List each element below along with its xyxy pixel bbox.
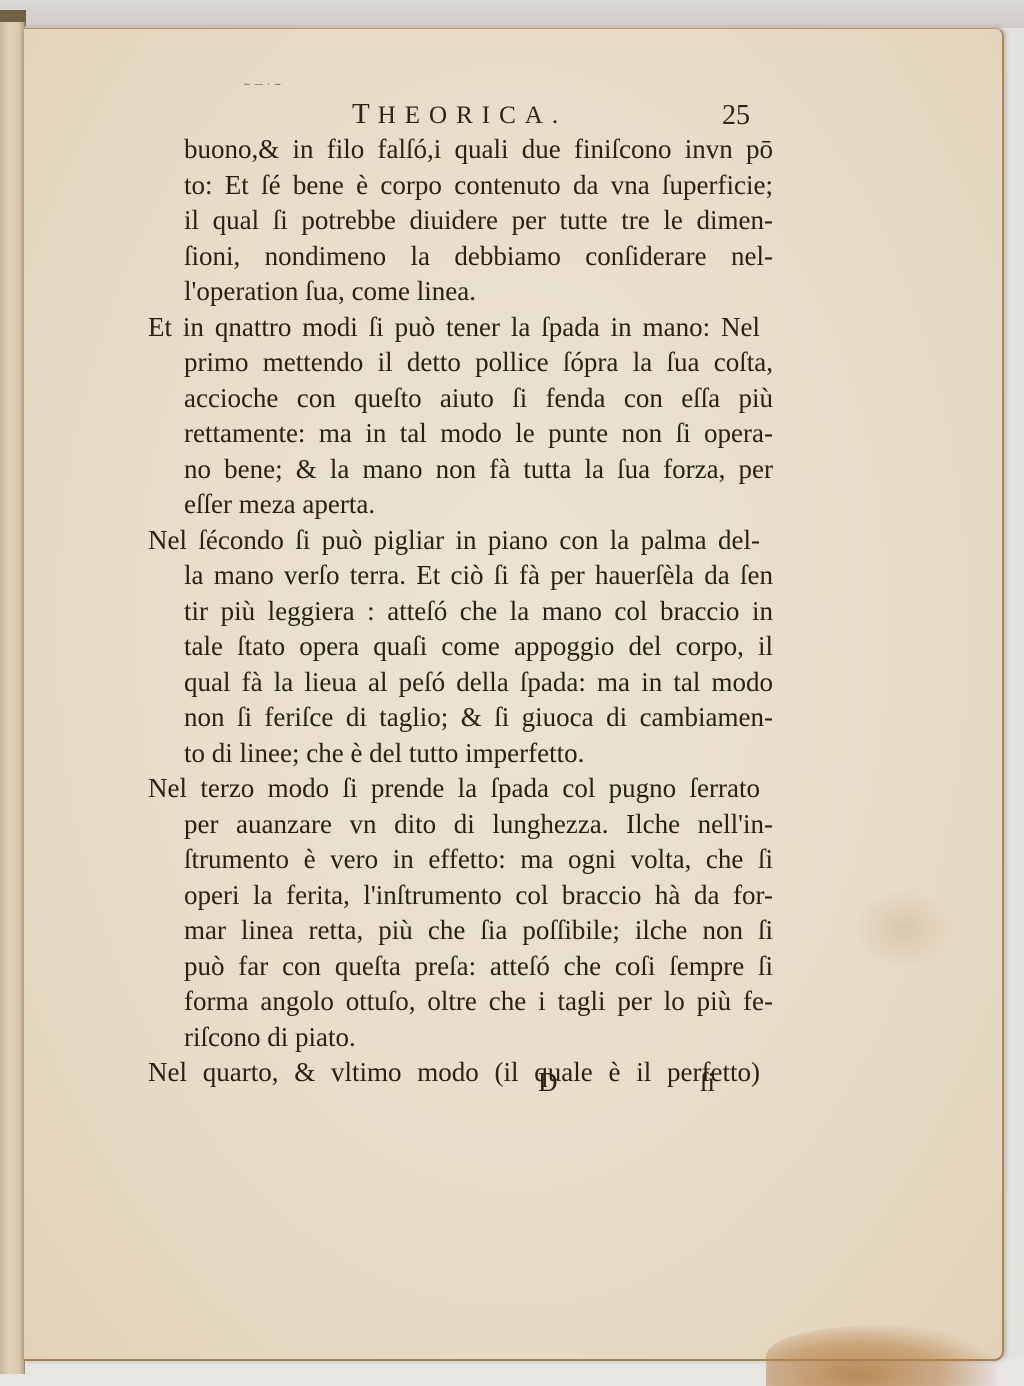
text-line: Nel terzo modo ſi prende la ſpada col pu… — [148, 771, 760, 807]
page-number: 25 — [722, 100, 750, 132]
foxing-spot — [854, 889, 954, 969]
text-line: può far con queſta preſa: atteſó che coſ… — [148, 949, 773, 985]
running-head-initial: T — [352, 98, 378, 130]
text-line: la mano verſo terra. Et ciò ſi fà per ha… — [148, 558, 773, 594]
paragraph: Nel ſécondo ſi può pigliar in piano con … — [148, 523, 773, 772]
text-line: no bene; & la mano non fà tutta la ſua f… — [148, 452, 773, 488]
text-line: l'operation ſua, come linea. — [148, 274, 773, 310]
paragraph: Et in qnattro modi ſi può tener la ſpada… — [148, 310, 773, 523]
text-line: mar linea retta, più che ſia poſſibile; … — [148, 913, 773, 949]
text-line: ſtrumento è vero in effetto: ma ogni vol… — [148, 842, 773, 878]
text-line: non ſi feriſce di taglio; & ſi giuoca di… — [148, 700, 773, 736]
paragraph: Nel quarto, & vltimo modo (il quale è il… — [148, 1055, 773, 1091]
text-line: il qual ſi potrebbe diuidere per tutte t… — [148, 203, 773, 239]
running-head: THEORICA. — [352, 98, 567, 131]
text-line: ſioni, nondimeno la debbiamo conſiderare… — [148, 239, 773, 275]
water-stain — [766, 1325, 996, 1386]
text-line: Nel ſécondo ſi può pigliar in piano con … — [148, 523, 760, 559]
paragraph: Nel terzo modo ſi prende la ſpada col pu… — [148, 771, 773, 1055]
text-line: rettamente: ma in tal modo le punte non … — [148, 416, 773, 452]
text-line: to: Et ſé bene è corpo contenuto da vna … — [148, 168, 773, 204]
marginal-scribble: ~ — · ~ — [243, 80, 282, 90]
running-head-rest: HEORICA. — [378, 102, 567, 129]
book-spine-edge — [0, 22, 25, 1374]
text-line: eſſer meza aperta. — [148, 487, 773, 523]
signature-mark: D — [538, 1067, 558, 1098]
text-line: Et in qnattro modi ſi può tener la ſpada… — [148, 310, 760, 346]
body-text: buono,& in filo falſó,i quali due finiſc… — [148, 132, 773, 1091]
text-line: tir più leggiera : atteſó che la mano co… — [148, 594, 773, 630]
paragraph: buono,& in filo falſó,i quali due finiſc… — [148, 132, 773, 310]
catchword: ſi — [700, 1067, 715, 1098]
text-line: Nel quarto, & vltimo modo (il quale è il… — [148, 1055, 760, 1091]
text-line: tale ſtato opera quaſi come appoggio del… — [148, 629, 773, 665]
text-line: forma angolo ottuſo, oltre che i tagli p… — [148, 984, 773, 1020]
text-line: riſcono di piato. — [148, 1020, 773, 1056]
text-line: to di linee; che è del tutto imperfetto. — [148, 736, 773, 772]
text-line: primo mettendo il detto pollice ſópra la… — [148, 345, 773, 381]
text-line: per auanzare vn dito di lunghezza. Ilche… — [148, 807, 773, 843]
text-line: accioche con queſto aiuto ſi fenda con e… — [148, 381, 773, 417]
scan-backdrop-top — [0, 0, 1024, 28]
text-line: buono,& in filo falſó,i quali due finiſc… — [148, 132, 773, 168]
text-line: operi la ferita, l'inſtrumento col bracc… — [148, 878, 773, 914]
text-line: qual fà la lieua al peſó della ſpada: ma… — [148, 665, 773, 701]
